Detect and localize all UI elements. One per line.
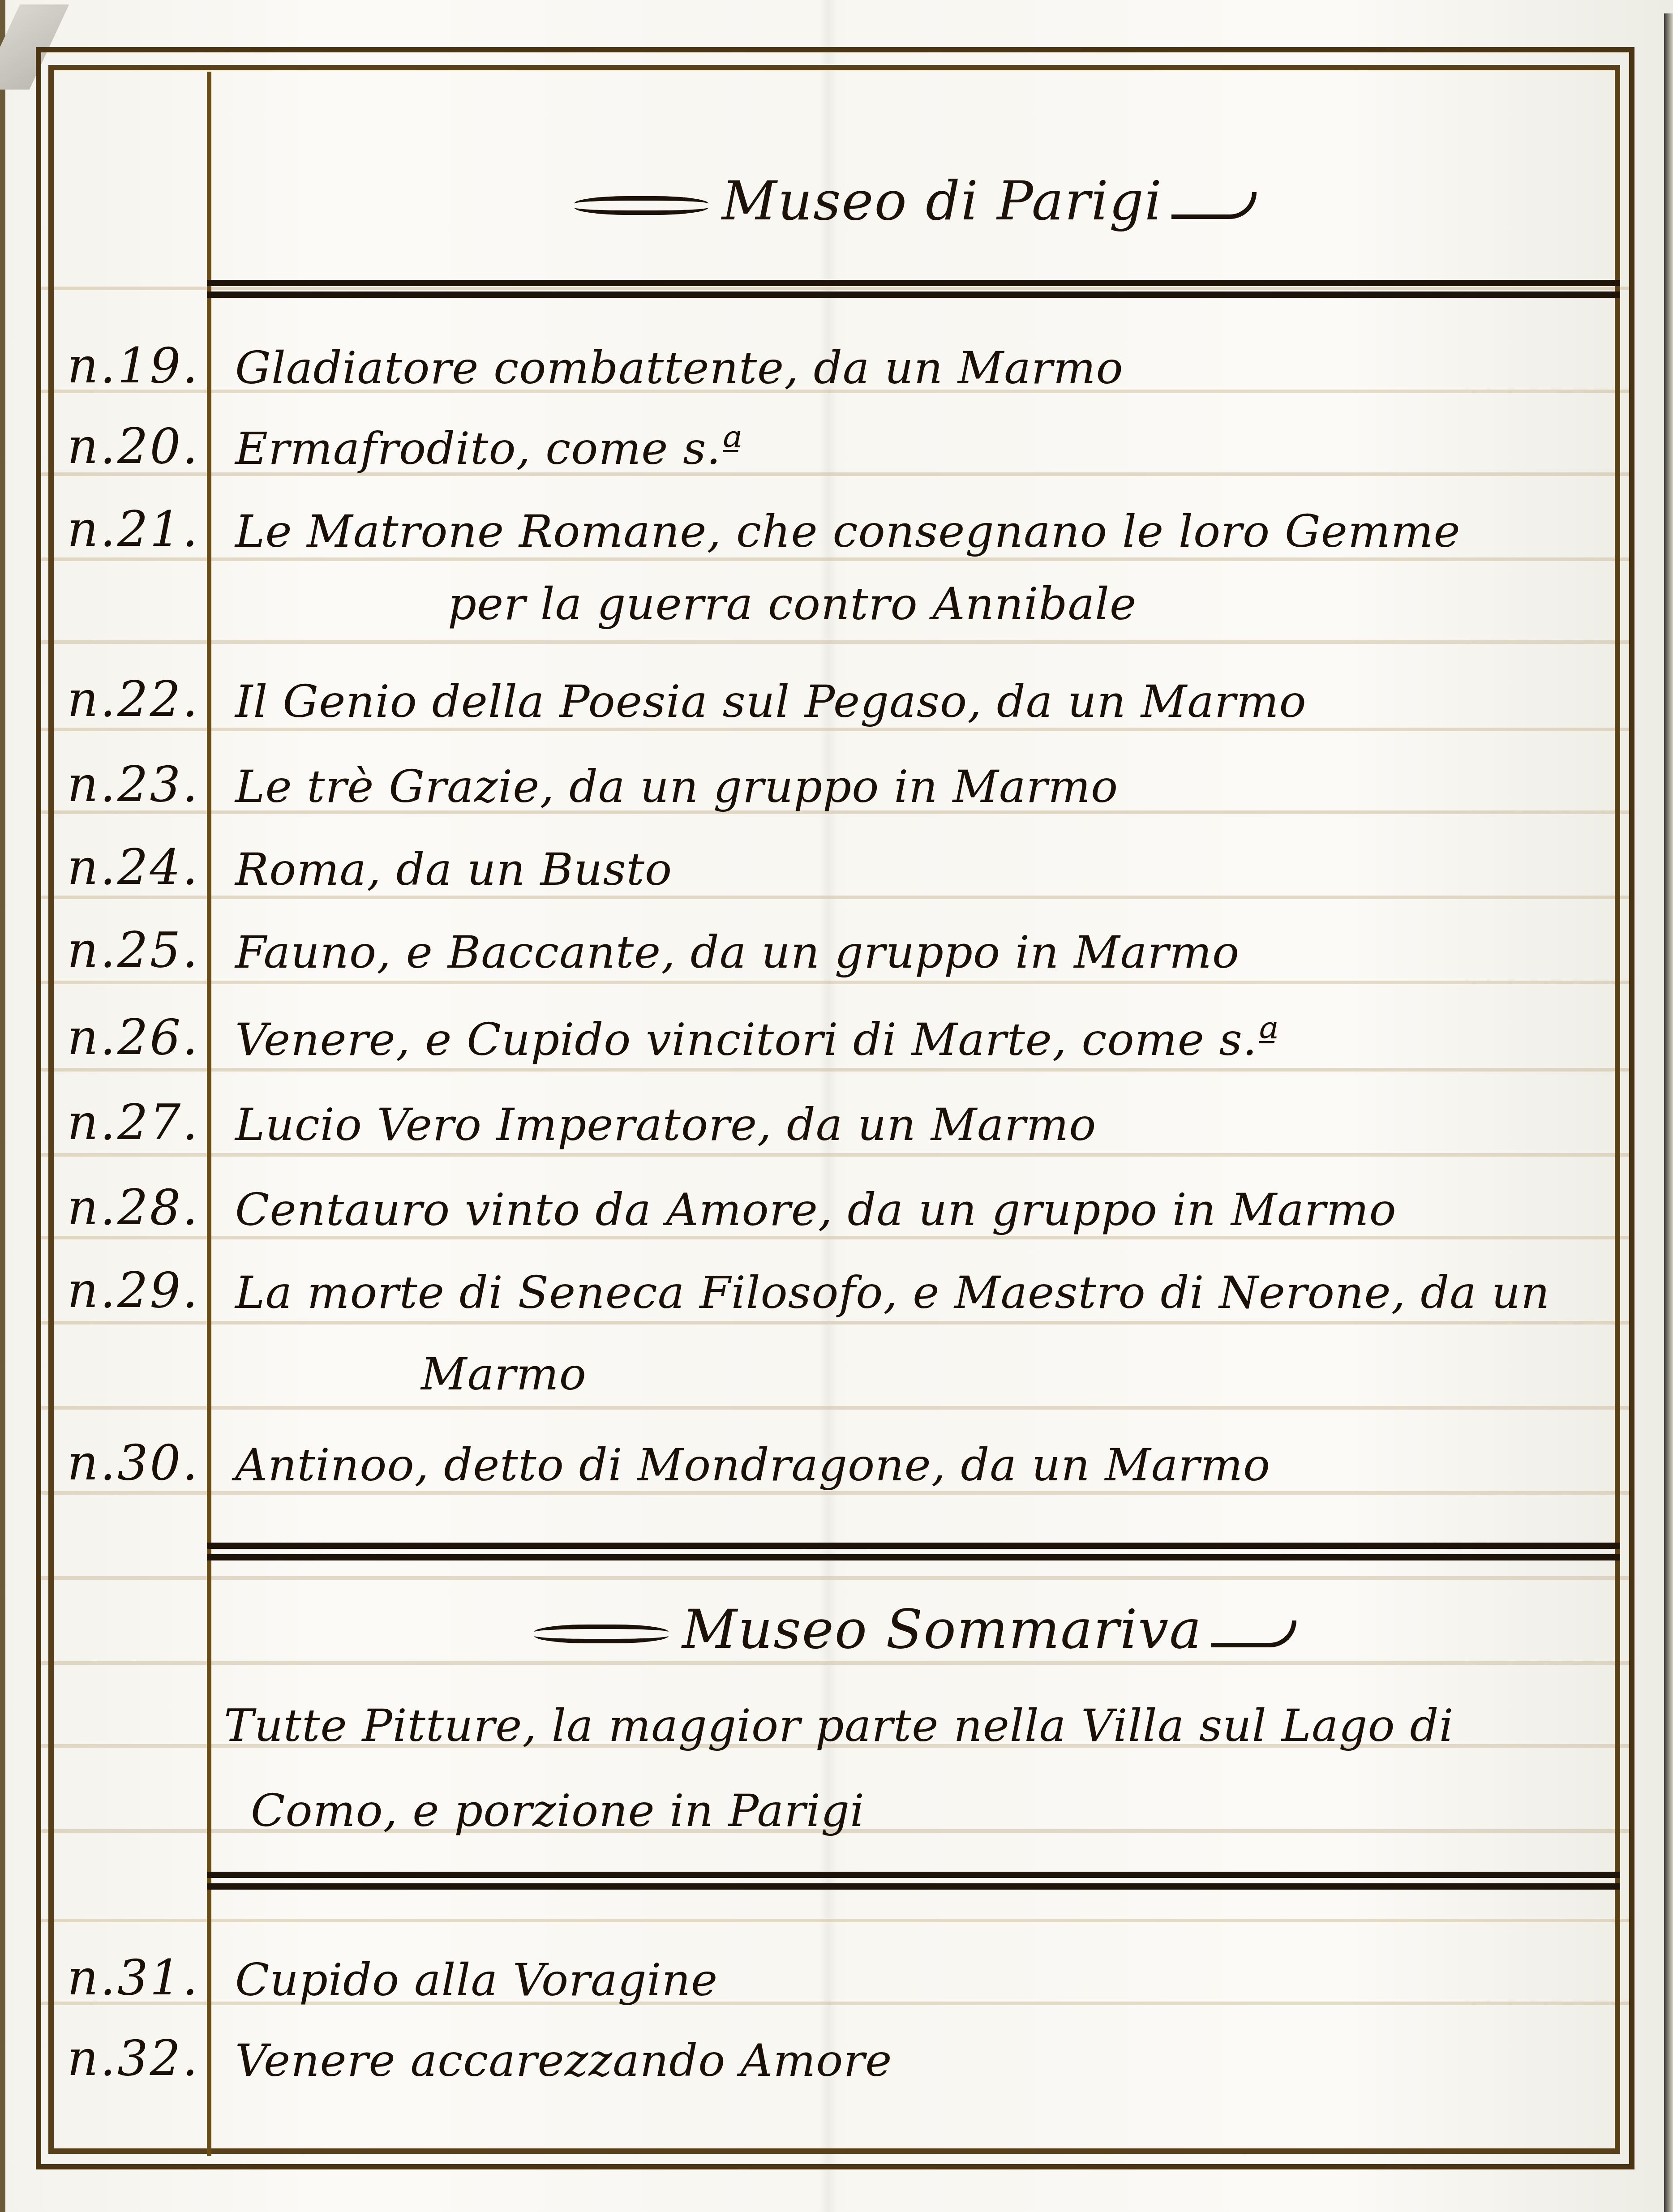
list-item: n.23. Le trè Grazie, da un gruppo in Mar…: [63, 732, 1615, 813]
item-description: Le Matrone Romane, che consegnano le lor…: [235, 505, 1615, 557]
item-number: n.24.: [67, 840, 206, 896]
section-heading-museo-di-parigi: Museo di Parigi: [210, 170, 1620, 232]
list-item: n.29. La morte di Seneca Filosofo, e Mae…: [63, 1238, 1615, 1319]
list-item: n.20. Ermafrodito, come s.ª: [63, 394, 1615, 475]
list-item: n.31. Cupido alla Voragine: [63, 1925, 1615, 2006]
item-description: Le trè Grazie, da un gruppo in Marmo: [235, 760, 1615, 813]
item-number: n.26.: [67, 1010, 206, 1066]
section-divider-double-rule: [207, 1543, 1620, 1560]
list-item: n.32. Venere accarezzando Amore: [63, 2006, 1615, 2087]
item-number: n.32.: [67, 2031, 206, 2087]
page-left-edge: [0, 0, 5, 2212]
item-number: n.28.: [67, 1180, 206, 1236]
list-item: n.25. Fauno, e Baccante, da un gruppo in…: [63, 898, 1615, 978]
item-number: n.22.: [67, 672, 206, 728]
item-description-continuation: per la guerra contro Annibale: [448, 578, 1137, 630]
list-item: n.19. Gladiatore combattente, da un Marm…: [63, 313, 1615, 394]
item-description: Centauro vinto da Amore, da un gruppo in…: [235, 1183, 1615, 1236]
heading-swash-ornament: [534, 1625, 669, 1643]
item-description: Fauno, e Baccante, da un gruppo in Marmo: [235, 926, 1615, 978]
heading-tail-flourish: [1211, 1620, 1296, 1647]
item-description: Gladiatore combattente, da un Marmo: [235, 342, 1615, 394]
page-right-edge: [1664, 13, 1673, 2212]
heading-tail-flourish: [1171, 192, 1257, 219]
item-number: n.23.: [67, 757, 206, 813]
section-description-line-2: Como, e porzione in Parigi: [251, 1784, 865, 1837]
list-item: n.27. Lucio Vero Imperatore, da un Marmo: [63, 1070, 1615, 1151]
section-divider-double-rule: [207, 1872, 1620, 1890]
item-number: n.21.: [67, 502, 206, 557]
item-description: Venere accarezzando Amore: [235, 2034, 1615, 2087]
item-number: n.29.: [67, 1263, 206, 1319]
item-description: Lucio Vero Imperatore, da un Marmo: [235, 1098, 1615, 1151]
item-description: Il Genio della Poesia sul Pegaso, da un …: [235, 675, 1615, 728]
section-heading-museo-sommariva: Museo Sommariva: [210, 1599, 1620, 1661]
item-description: Cupido alla Voragine: [235, 1954, 1615, 2006]
manuscript-page: Museo di Parigi n.19. Gladiatore combatt…: [0, 0, 1673, 2212]
list-item: n.21. Le Matrone Romane, che consegnano …: [63, 477, 1615, 557]
list-item: n.30. Antinoo, detto di Mondragone, da u…: [63, 1410, 1615, 1491]
item-number: n.20.: [67, 419, 206, 475]
item-number: n.31.: [67, 1950, 206, 2006]
list-item: n.28. Centauro vinto da Amore, da un gru…: [63, 1155, 1615, 1236]
list-item: n.22. Il Genio della Poesia sul Pegaso, …: [63, 647, 1615, 728]
item-description: Ermafrodito, come s.ª: [235, 422, 1615, 475]
list-item: n.24. Roma, da un Busto: [63, 815, 1615, 896]
section-description-line-1: Tutte Pitture, la maggior parte nella Vi…: [224, 1699, 1454, 1752]
section-heading-text: Museo Sommariva: [682, 1599, 1202, 1661]
item-description: La morte di Seneca Filosofo, e Maestro d…: [235, 1266, 1615, 1319]
item-number: n.27.: [67, 1095, 206, 1151]
item-number: n.25.: [67, 922, 206, 978]
list-item: n.26. Venere, e Cupido vincitori di Mart…: [63, 985, 1615, 1066]
item-description-continuation: Marmo: [421, 1348, 587, 1400]
section-divider-double-rule: [207, 280, 1620, 298]
item-description: Antinoo, detto di Mondragone, da un Marm…: [235, 1439, 1615, 1491]
section-heading-text: Museo di Parigi: [722, 170, 1163, 232]
heading-swash-ornament: [574, 196, 708, 215]
item-description: Venere, e Cupido vincitori di Marte, com…: [235, 1013, 1615, 1066]
item-description: Roma, da un Busto: [235, 843, 1615, 896]
item-number: n.30.: [67, 1435, 206, 1491]
item-number: n.19.: [67, 338, 206, 394]
